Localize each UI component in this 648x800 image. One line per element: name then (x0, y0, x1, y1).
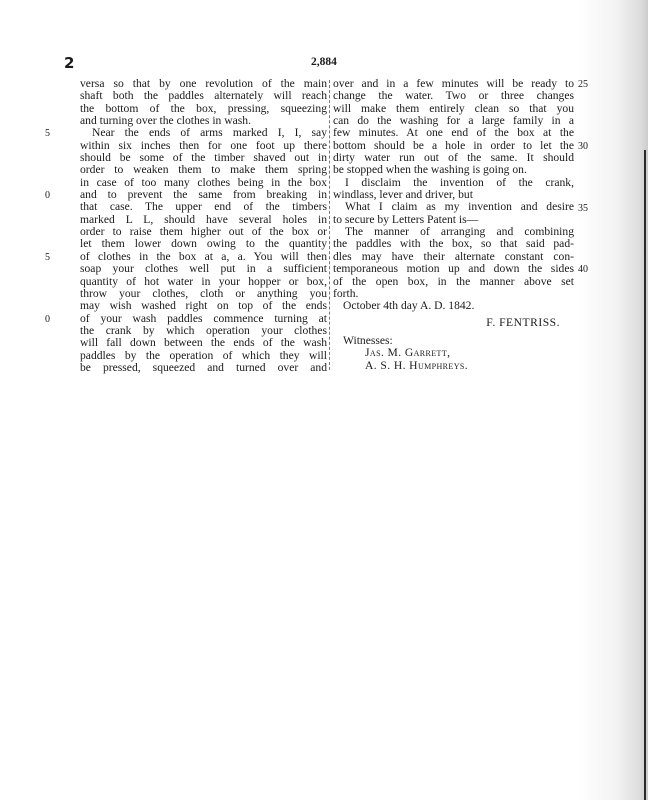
text-line: let them lower down owing to the quantit… (80, 238, 327, 250)
line-number-left: 0 (45, 314, 50, 325)
scanned-page-edge-line (644, 150, 646, 800)
line-number-right: 40 (578, 264, 588, 275)
text-line: shaft both the paddles alternately will … (80, 90, 327, 102)
inventor-signature: F. FENTRISS. (333, 317, 574, 329)
text-line: of the open box, in the manner above set (333, 276, 574, 288)
text-line: order to weaken them to make them spring (80, 164, 327, 176)
text-line: few minutes. At one end of the box at th… (333, 127, 574, 139)
line-number-left: 5 (45, 252, 50, 263)
text-line: that case. The upper end of the timbers (80, 201, 327, 213)
scanned-page-edge-shadow (578, 0, 648, 800)
text-line: be stopped when the washing is going on. (333, 164, 574, 176)
text-line: change the water. Two or three changes (333, 90, 574, 102)
patent-number: 2,884 (311, 56, 337, 68)
left-text-column: versa so that by one revolution of the m… (80, 78, 327, 374)
page-number: 2 (64, 54, 74, 72)
line-number-right: 35 (578, 203, 588, 214)
text-line: the paddles with the box, so that said p… (333, 238, 574, 250)
text-line: temporaneous motion up and down the side… (333, 263, 574, 275)
right-text-column: over and in a few minutes will be ready … (333, 78, 574, 372)
line-number-left: 0 (45, 190, 50, 201)
text-line: will fall down between the ends of the w… (80, 337, 327, 349)
line-number-right: 25 (578, 79, 588, 90)
date-line: October 4th day A. D. 1842. (333, 300, 574, 312)
text-line: quantity of hot water in your hopper or … (80, 276, 327, 288)
line-number-left: 5 (45, 128, 50, 139)
witness-name: A. S. H. Humphreys. (333, 360, 574, 372)
witness-name: Jas. M. Garrett, (333, 347, 574, 359)
text-line: soap your clothes well put in a sufficie… (80, 263, 327, 275)
text-line: be pressed, squeezed and turned over and (80, 362, 327, 374)
column-divider (329, 80, 331, 370)
text-line: may wish washed right on top of the ends (80, 300, 327, 312)
text-line: What I claim as my invention and desire (333, 201, 574, 213)
line-number-right: 30 (578, 141, 588, 152)
text-line: Near the ends of arms marked I, I, say (80, 127, 327, 139)
